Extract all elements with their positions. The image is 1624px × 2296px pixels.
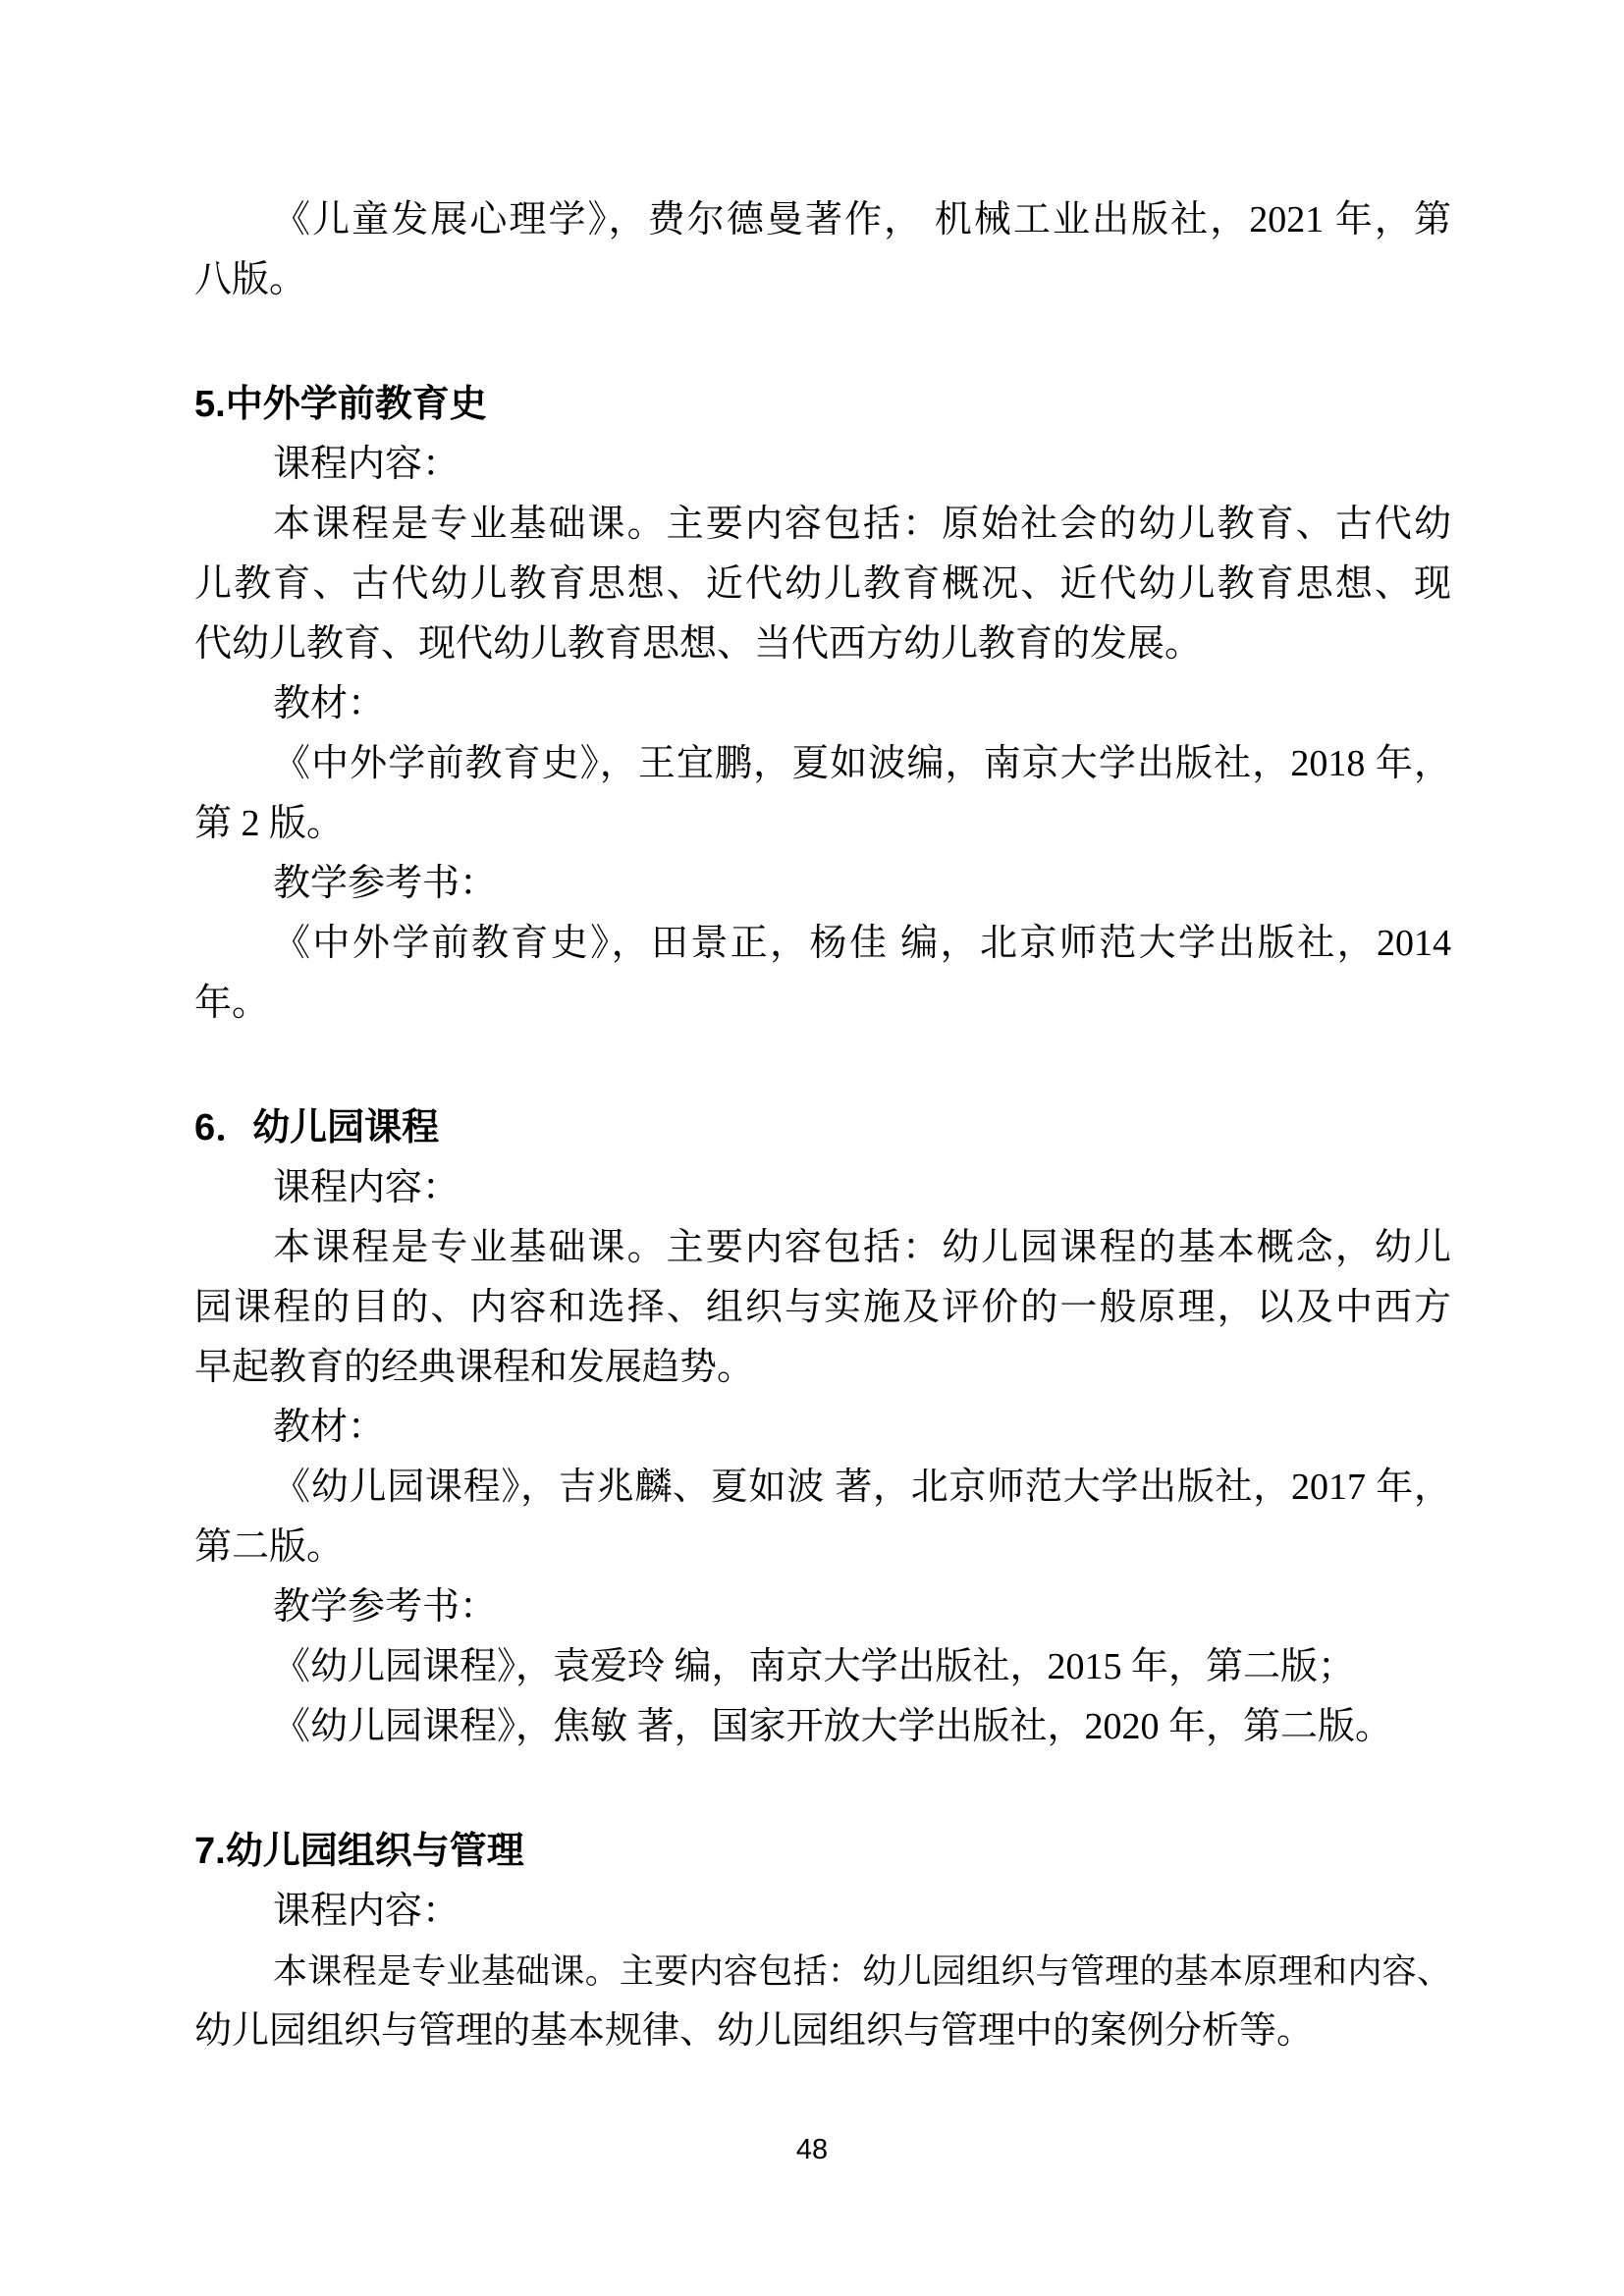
text-line: 本课程是专业基础课。主要内容包括：幼儿园课程的基本概念，幼儿	[194, 1218, 1451, 1278]
text-line: 《幼儿园课程》，吉兆麟、夏如波 著，北京师范大学出版社，2017 年，	[194, 1458, 1451, 1518]
text-line: 第 2 版。	[194, 794, 1451, 854]
page-footer: 48	[0, 2132, 1624, 2167]
text-line: 本课程是专业基础课。主要内容包括：原始社会的幼儿教育、古代幼	[194, 495, 1451, 555]
document-page: 《儿童发展心理学》，费尔德曼著作， 机械工业出版社，2021 年，第八版。5.中…	[0, 0, 1624, 2296]
text-line: 代幼儿教育、现代幼儿教育思想、当代西方幼儿教育的发展。	[194, 614, 1451, 674]
page-number: 48	[796, 2134, 828, 2165]
text-line: 《中外学前教育史》，田景正，杨佳 编，北京师范大学出版社，2014	[194, 914, 1451, 974]
text-line: 《幼儿园课程》，焦敏 著，国家开放大学出版社，2020 年，第二版。	[194, 1697, 1451, 1757]
document-body: 《儿童发展心理学》，费尔德曼著作， 机械工业出版社，2021 年，第八版。5.中…	[194, 190, 1451, 2061]
text-line: 教学参考书：	[194, 1577, 1451, 1637]
text-line: 早起教育的经典课程和发展趋势。	[194, 1338, 1451, 1398]
text-line: 八版。	[194, 250, 1451, 310]
text-line: 幼儿园组织与管理的基本规律、幼儿园组织与管理中的案例分析等。	[194, 2002, 1451, 2061]
text-line: 年。	[194, 974, 1451, 1034]
section-heading: 5.中外学前教育史	[194, 375, 1451, 435]
text-line: 教材：	[194, 1398, 1451, 1458]
text-line: 课程内容：	[194, 435, 1451, 495]
text-line: 本课程是专业基础课。主要内容包括：幼儿园组织与管理的基本原理和内容、	[194, 1942, 1451, 2002]
text-line: 第二版。	[194, 1518, 1451, 1577]
text-line: 课程内容：	[194, 1882, 1451, 1942]
text-line: 《幼儿园课程》，袁爱玲 编，南京大学出版社，2015 年，第二版；	[194, 1637, 1451, 1697]
text-line: 儿教育、古代幼儿教育思想、近代幼儿教育概况、近代幼儿教育思想、现	[194, 555, 1451, 614]
text-line: 园课程的目的、内容和选择、组织与实施及评价的一般原理，以及中西方	[194, 1278, 1451, 1338]
section-heading: 7.幼儿园组织与管理	[194, 1822, 1451, 1882]
text-line: 教材：	[194, 674, 1451, 734]
section-heading: 6．幼儿园课程	[194, 1098, 1451, 1158]
text-line: 《儿童发展心理学》，费尔德曼著作， 机械工业出版社，2021 年，第	[194, 190, 1451, 250]
text-line: 课程内容：	[194, 1158, 1451, 1218]
text-line: 教学参考书：	[194, 854, 1451, 914]
text-line: 《中外学前教育史》，王宜鹏，夏如波编，南京大学出版社，2018 年，	[194, 734, 1451, 794]
